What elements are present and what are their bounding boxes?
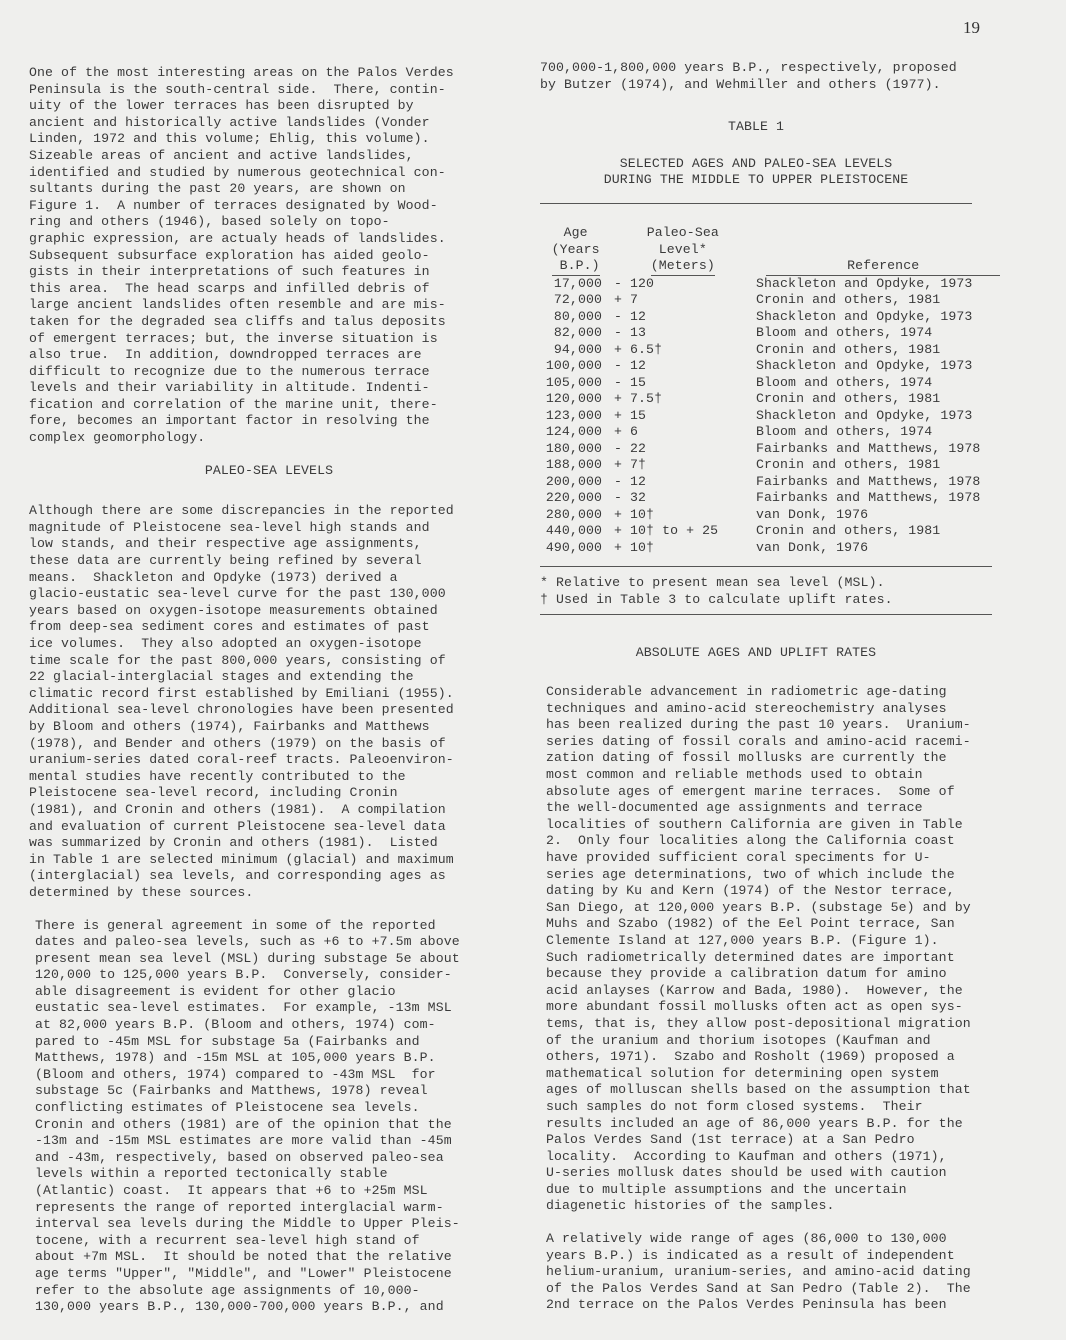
paragraph-range-of-ages: A relatively wide range of ages (86,000 … (540, 1231, 1000, 1314)
right-column: 700,000-1,800,000 years B.P., respective… (540, 60, 1000, 1314)
cell-level: - 12 (602, 358, 756, 375)
paragraph-landslides: One of the most interesting areas on the… (29, 65, 509, 447)
table-label: TABLE 1 (540, 119, 972, 136)
table-row: 105,000- 15Bloom and others, 1974 (540, 375, 980, 392)
cell-level: + 7.5† (602, 391, 756, 408)
cell-age: 440,000 (540, 523, 602, 540)
cell-age: 120,000 (540, 391, 602, 408)
cell-level: + 10† (602, 507, 756, 524)
cell-level: + 10† (602, 540, 756, 557)
cell-reference: Fairbanks and Matthews, 1978 (756, 474, 980, 491)
table-row: 180,000- 22Fairbanks and Matthews, 1978 (540, 441, 980, 458)
cell-reference: Fairbanks and Matthews, 1978 (756, 490, 980, 507)
left-column: One of the most interesting areas on the… (29, 65, 509, 1316)
table-title: SELECTED AGES AND PALEO-SEA LEVELS DURIN… (540, 156, 972, 189)
cell-level: + 15 (602, 408, 756, 425)
cell-age: 100,000 (540, 358, 602, 375)
cell-reference: Cronin and others, 1981 (756, 457, 980, 474)
cell-reference: Bloom and others, 1974 (756, 325, 980, 342)
cell-reference: Cronin and others, 1981 (756, 523, 980, 540)
table-row: 82,000- 13Bloom and others, 1974 (540, 325, 980, 342)
table-row: 80,000- 12Shackleton and Opdyke, 1973 (540, 309, 980, 326)
table-header: Age(Years B.P.) Paleo-SeaLevel*(Meters) … (540, 224, 1000, 276)
cell-level: + 7† (602, 457, 756, 474)
table-row: 72,000+ 7Cronin and others, 1981 (540, 292, 980, 309)
table-row: 490,000+ 10†van Donk, 1976 (540, 540, 980, 557)
cell-age: 188,000 (540, 457, 602, 474)
table-row: 188,000+ 7†Cronin and others, 1981 (540, 457, 980, 474)
table-row: 94,000+ 6.5†Cronin and others, 1981 (540, 342, 980, 359)
cell-reference: Shackleton and Opdyke, 1973 (756, 358, 980, 375)
cell-reference: Shackleton and Opdyke, 1973 (756, 309, 980, 326)
table-footnote-top-rule (540, 566, 992, 567)
cell-level: - 13 (602, 325, 756, 342)
cell-level: - 32 (602, 490, 756, 507)
paragraph-general-agreement: There is general agreement in some of th… (29, 918, 509, 1316)
page-number: 19 (963, 18, 980, 38)
footnote-asterisk: * Relative to present mean sea level (MS… (540, 575, 1000, 592)
paragraph-discrepancies: Although there are some discrepancies in… (29, 503, 509, 901)
table-body: 17,000- 120Shackleton and Opdyke, 197372… (540, 276, 980, 557)
table-row: 220,000- 32Fairbanks and Matthews, 1978 (540, 490, 980, 507)
section-heading-paleo-sea-levels: PALEO-SEA LEVELS (29, 463, 509, 480)
cell-age: 123,000 (540, 408, 602, 425)
cell-reference: Fairbanks and Matthews, 1978 (756, 441, 980, 458)
cell-age: 200,000 (540, 474, 602, 491)
table-row: 120,000+ 7.5†Cronin and others, 1981 (540, 391, 980, 408)
cell-age: 180,000 (540, 441, 602, 458)
footnote-dagger: † Used in Table 3 to calculate uplift ra… (540, 592, 1000, 609)
cell-age: 94,000 (540, 342, 602, 359)
cell-level: + 6 (602, 424, 756, 441)
cell-reference: Shackleton and Opdyke, 1973 (756, 408, 980, 425)
cell-reference: Bloom and others, 1974 (756, 424, 980, 441)
cell-level: - 120 (602, 276, 756, 293)
table-row: 100,000- 12Shackleton and Opdyke, 1973 (540, 358, 980, 375)
cell-age: 490,000 (540, 540, 602, 557)
cell-reference: Shackleton and Opdyke, 1973 (756, 276, 980, 293)
table-row: 200,000- 12Fairbanks and Matthews, 1978 (540, 474, 980, 491)
cell-age: 80,000 (540, 309, 602, 326)
cell-level: + 6.5† (602, 342, 756, 359)
section-heading-absolute-ages: ABSOLUTE AGES AND UPLIFT RATES (540, 645, 972, 662)
cell-reference: Cronin and others, 1981 (756, 292, 980, 309)
cell-level: + 10† to + 25 (602, 523, 756, 540)
cell-level: - 12 (602, 309, 756, 326)
header-reference: Reference (766, 258, 1000, 276)
table-row: 124,000+ 6Bloom and others, 1974 (540, 424, 980, 441)
cell-level: - 22 (602, 441, 756, 458)
header-age: Age(Years B.P.) (540, 225, 611, 276)
cell-age: 220,000 (540, 490, 602, 507)
header-level: Paleo-SeaLevel*(Meters) (635, 225, 730, 276)
cell-reference: van Donk, 1976 (756, 540, 980, 557)
cell-level: + 7 (602, 292, 756, 309)
table-bottom-rule (540, 614, 992, 615)
cell-age: 82,000 (540, 325, 602, 342)
cell-level: - 12 (602, 474, 756, 491)
table-row: 440,000+ 10† to + 25Cronin and others, 1… (540, 523, 980, 540)
table-row: 123,000+ 15Shackleton and Opdyke, 1973 (540, 408, 980, 425)
cell-reference: Bloom and others, 1974 (756, 375, 980, 392)
cell-level: - 15 (602, 375, 756, 392)
cell-age: 72,000 (540, 292, 602, 309)
cell-age: 17,000 (540, 276, 602, 293)
table-row: 17,000- 120Shackleton and Opdyke, 1973 (540, 276, 980, 293)
cell-age: 105,000 (540, 375, 602, 392)
table-row: 280,000+ 10†van Donk, 1976 (540, 507, 980, 524)
cell-reference: Cronin and others, 1981 (756, 391, 980, 408)
cell-age: 280,000 (540, 507, 602, 524)
cell-age: 124,000 (540, 424, 602, 441)
table-footnotes: * Relative to present mean sea level (MS… (540, 575, 1000, 608)
paragraph-radiometric: Considerable advancement in radiometric … (540, 684, 1000, 1215)
cell-reference: van Donk, 1976 (756, 507, 980, 524)
table-top-rule (540, 203, 972, 204)
paragraph-continuation: 700,000-1,800,000 years B.P., respective… (540, 60, 1000, 93)
cell-reference: Cronin and others, 1981 (756, 342, 980, 359)
